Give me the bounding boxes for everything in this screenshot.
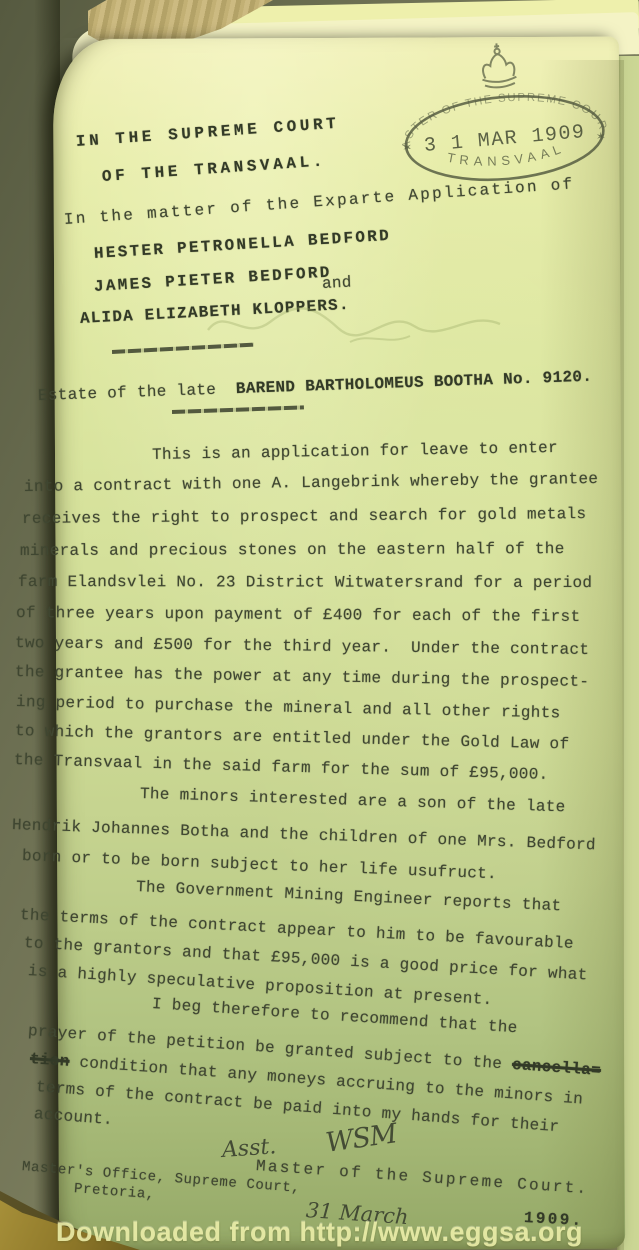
- stamp-star-left-icon: ✶: [402, 140, 413, 155]
- struck-out-word: tion: [29, 1050, 70, 1071]
- typed-line: of three years upon payment of £400 for …: [16, 605, 580, 625]
- typed-line: minerals and precious stones on the east…: [20, 541, 565, 559]
- crown-icon: [479, 42, 517, 89]
- scanned-court-document: MASTER OF THE SUPREME COURT, 3 1 MAR 190…: [0, 0, 639, 1250]
- faint-pencil-handwriting: [200, 288, 510, 354]
- typed-line: farm Elandsvlei No. 23 District Witwater…: [18, 574, 592, 591]
- eggsa-watermark: Downloaded from http://www.eggsa.org: [0, 1217, 639, 1248]
- stamp-star-right-icon: ✶: [595, 129, 606, 144]
